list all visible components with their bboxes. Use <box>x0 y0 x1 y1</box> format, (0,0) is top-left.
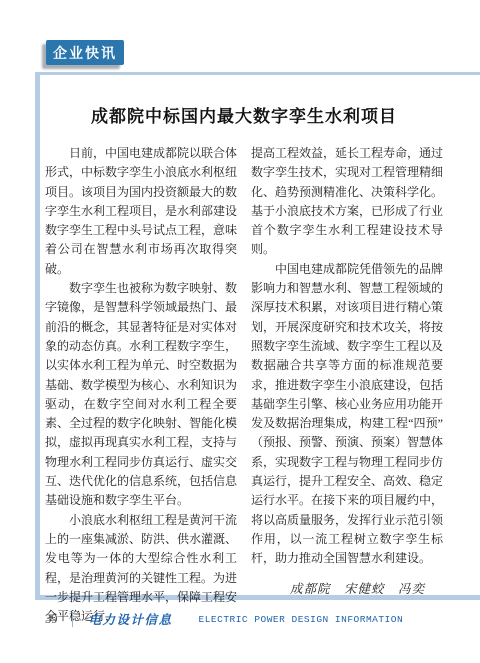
article-byline: 成都院 宋健蛟 冯奕 <box>251 579 443 597</box>
journal-name-en: ELECTRIC POWER DESIGN INFORMATION <box>199 614 404 625</box>
article-title: 成都院中标国内最大数字孪生水利项目 <box>45 102 443 127</box>
paragraph: 中国电建成都院凭借领先的品牌影响力和智慧水利、智慧工程领域的深厚技术积累，对该项… <box>251 260 443 569</box>
article-content: 成都院中标国内最大数字孪生水利项目 日前，中国电建成都院以联合体形式，中标数字孪… <box>45 102 443 626</box>
article-box: 成都院中标国内最大数字孪生水利项目 日前，中国电建成都院以联合体形式，中标数字孪… <box>35 72 480 600</box>
article-body: 日前，中国电建成都院以联合体形式，中标数字孪生小浪底水利枢纽项目。该项目为国内投… <box>45 144 443 626</box>
footer-divider <box>72 612 73 627</box>
paragraph: 日前，中国电建成都院以联合体形式，中标数字孪生小浪底水利枢纽项目。该项目为国内投… <box>45 144 237 279</box>
section-badge: 企业快讯 <box>46 40 124 65</box>
paragraph: 数字孪生也被称为数字映射、数字镜像，是智慧科学领域最热门、最前沿的概念，其显著特… <box>45 279 237 511</box>
article-column-left: 日前，中国电建成都院以联合体形式，中标数字孪生小浪底水利枢纽项目。该项目为国内投… <box>45 144 237 626</box>
page-number: 39 <box>45 612 58 627</box>
magazine-page: 企业快讯 成都院中标国内最大数字孪生水利项目 日前，中国电建成都院以联合体形式，… <box>0 0 480 663</box>
page-footer: 39 电力设计信息 ELECTRIC POWER DESIGN INFORMAT… <box>45 610 403 628</box>
article-column-right: 提高工程效益，延长工程寿命，通过数字孪生技术，实现对工程管理精细化、趋势预测精准… <box>251 144 443 626</box>
journal-name-cn: 电力设计信息 <box>89 610 173 628</box>
paragraph-continuation: 提高工程效益，延长工程寿命，通过数字孪生技术，实现对工程管理精细化、趋势预测精准… <box>251 144 443 260</box>
